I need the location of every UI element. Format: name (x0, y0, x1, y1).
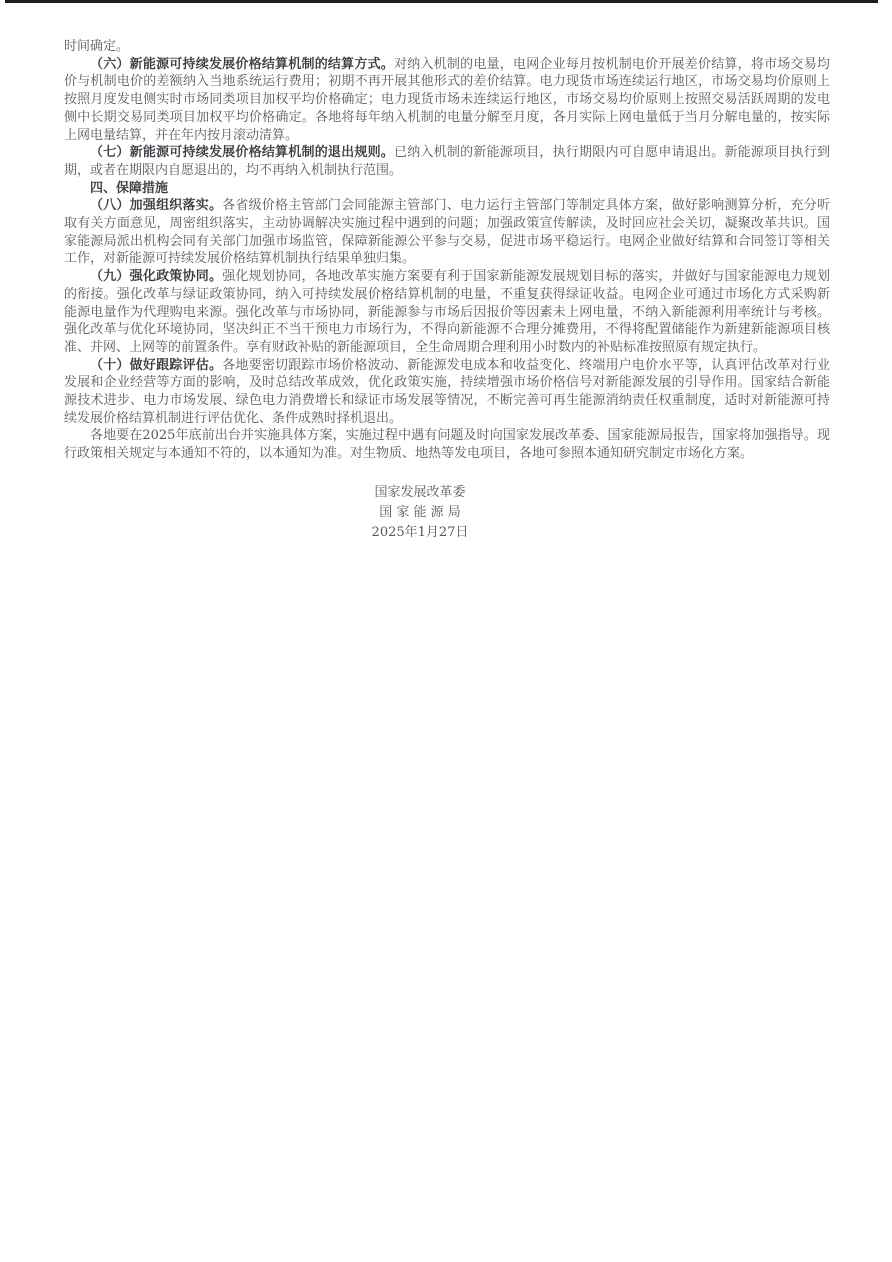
paragraph-six-lead: （六）新能源可持续发展价格结算机制的结算方式。 (90, 57, 394, 72)
paragraph-ten: （十）做好跟踪评估。各地要密切跟踪市场价格波动、新能源发电成本和收益变化、终端用… (64, 357, 830, 428)
paragraph-nine-lead: （九）强化政策协同。 (90, 269, 222, 284)
continuation-line: 时间确定。 (64, 38, 830, 56)
paragraph-eight: （八）加强组织落实。各省级价格主管部门会同能源主管部门、电力运行主管部门等制定具… (64, 197, 830, 268)
closing-paragraph-text: 各地要在2025年底前出台并实施具体方案，实施过程中遇有问题及时向国家发展改革委… (64, 428, 830, 461)
signature-agency-nea: 国 家 能 源 局 (37, 503, 803, 523)
section-heading-four: 四、保障措施 (64, 180, 830, 198)
paragraph-nine: （九）强化政策协同。强化规划协同，各地改革实施方案要有利于国家新能源发展规划目标… (64, 268, 830, 357)
paragraph-seven: （七）新能源可持续发展价格结算机制的退出规则。已纳入机制的新能源项目，执行期限内… (64, 144, 830, 179)
document-text-block: 时间确定。 （六）新能源可持续发展价格结算机制的结算方式。对纳入机制的电量，电网… (64, 38, 830, 543)
signature-agency-ndrc: 国家发展改革委 (37, 483, 803, 503)
paragraph-seven-lead: （七）新能源可持续发展价格结算机制的退出规则。 (90, 145, 394, 160)
document-page: 时间确定。 （六）新能源可持续发展价格结算机制的结算方式。对纳入机制的电量，电网… (0, 0, 892, 1262)
paragraph-eight-lead: （八）加强组织落实。 (90, 198, 222, 213)
paragraph-six: （六）新能源可持续发展价格结算机制的结算方式。对纳入机制的电量，电网企业每月按机… (64, 56, 830, 145)
closing-paragraph: 各地要在2025年底前出台并实施具体方案，实施过程中遇有问题及时向国家发展改革委… (64, 427, 830, 462)
signature-date: 2025年1月27日 (37, 523, 803, 543)
paragraph-ten-lead: （十）做好跟踪评估。 (90, 358, 222, 373)
section-heading-four-label: 四、保障措施 (90, 181, 168, 196)
page-top-edge (5, 0, 878, 3)
signature-block: 国家发展改革委 国 家 能 源 局 2025年1月27日 (37, 483, 803, 543)
